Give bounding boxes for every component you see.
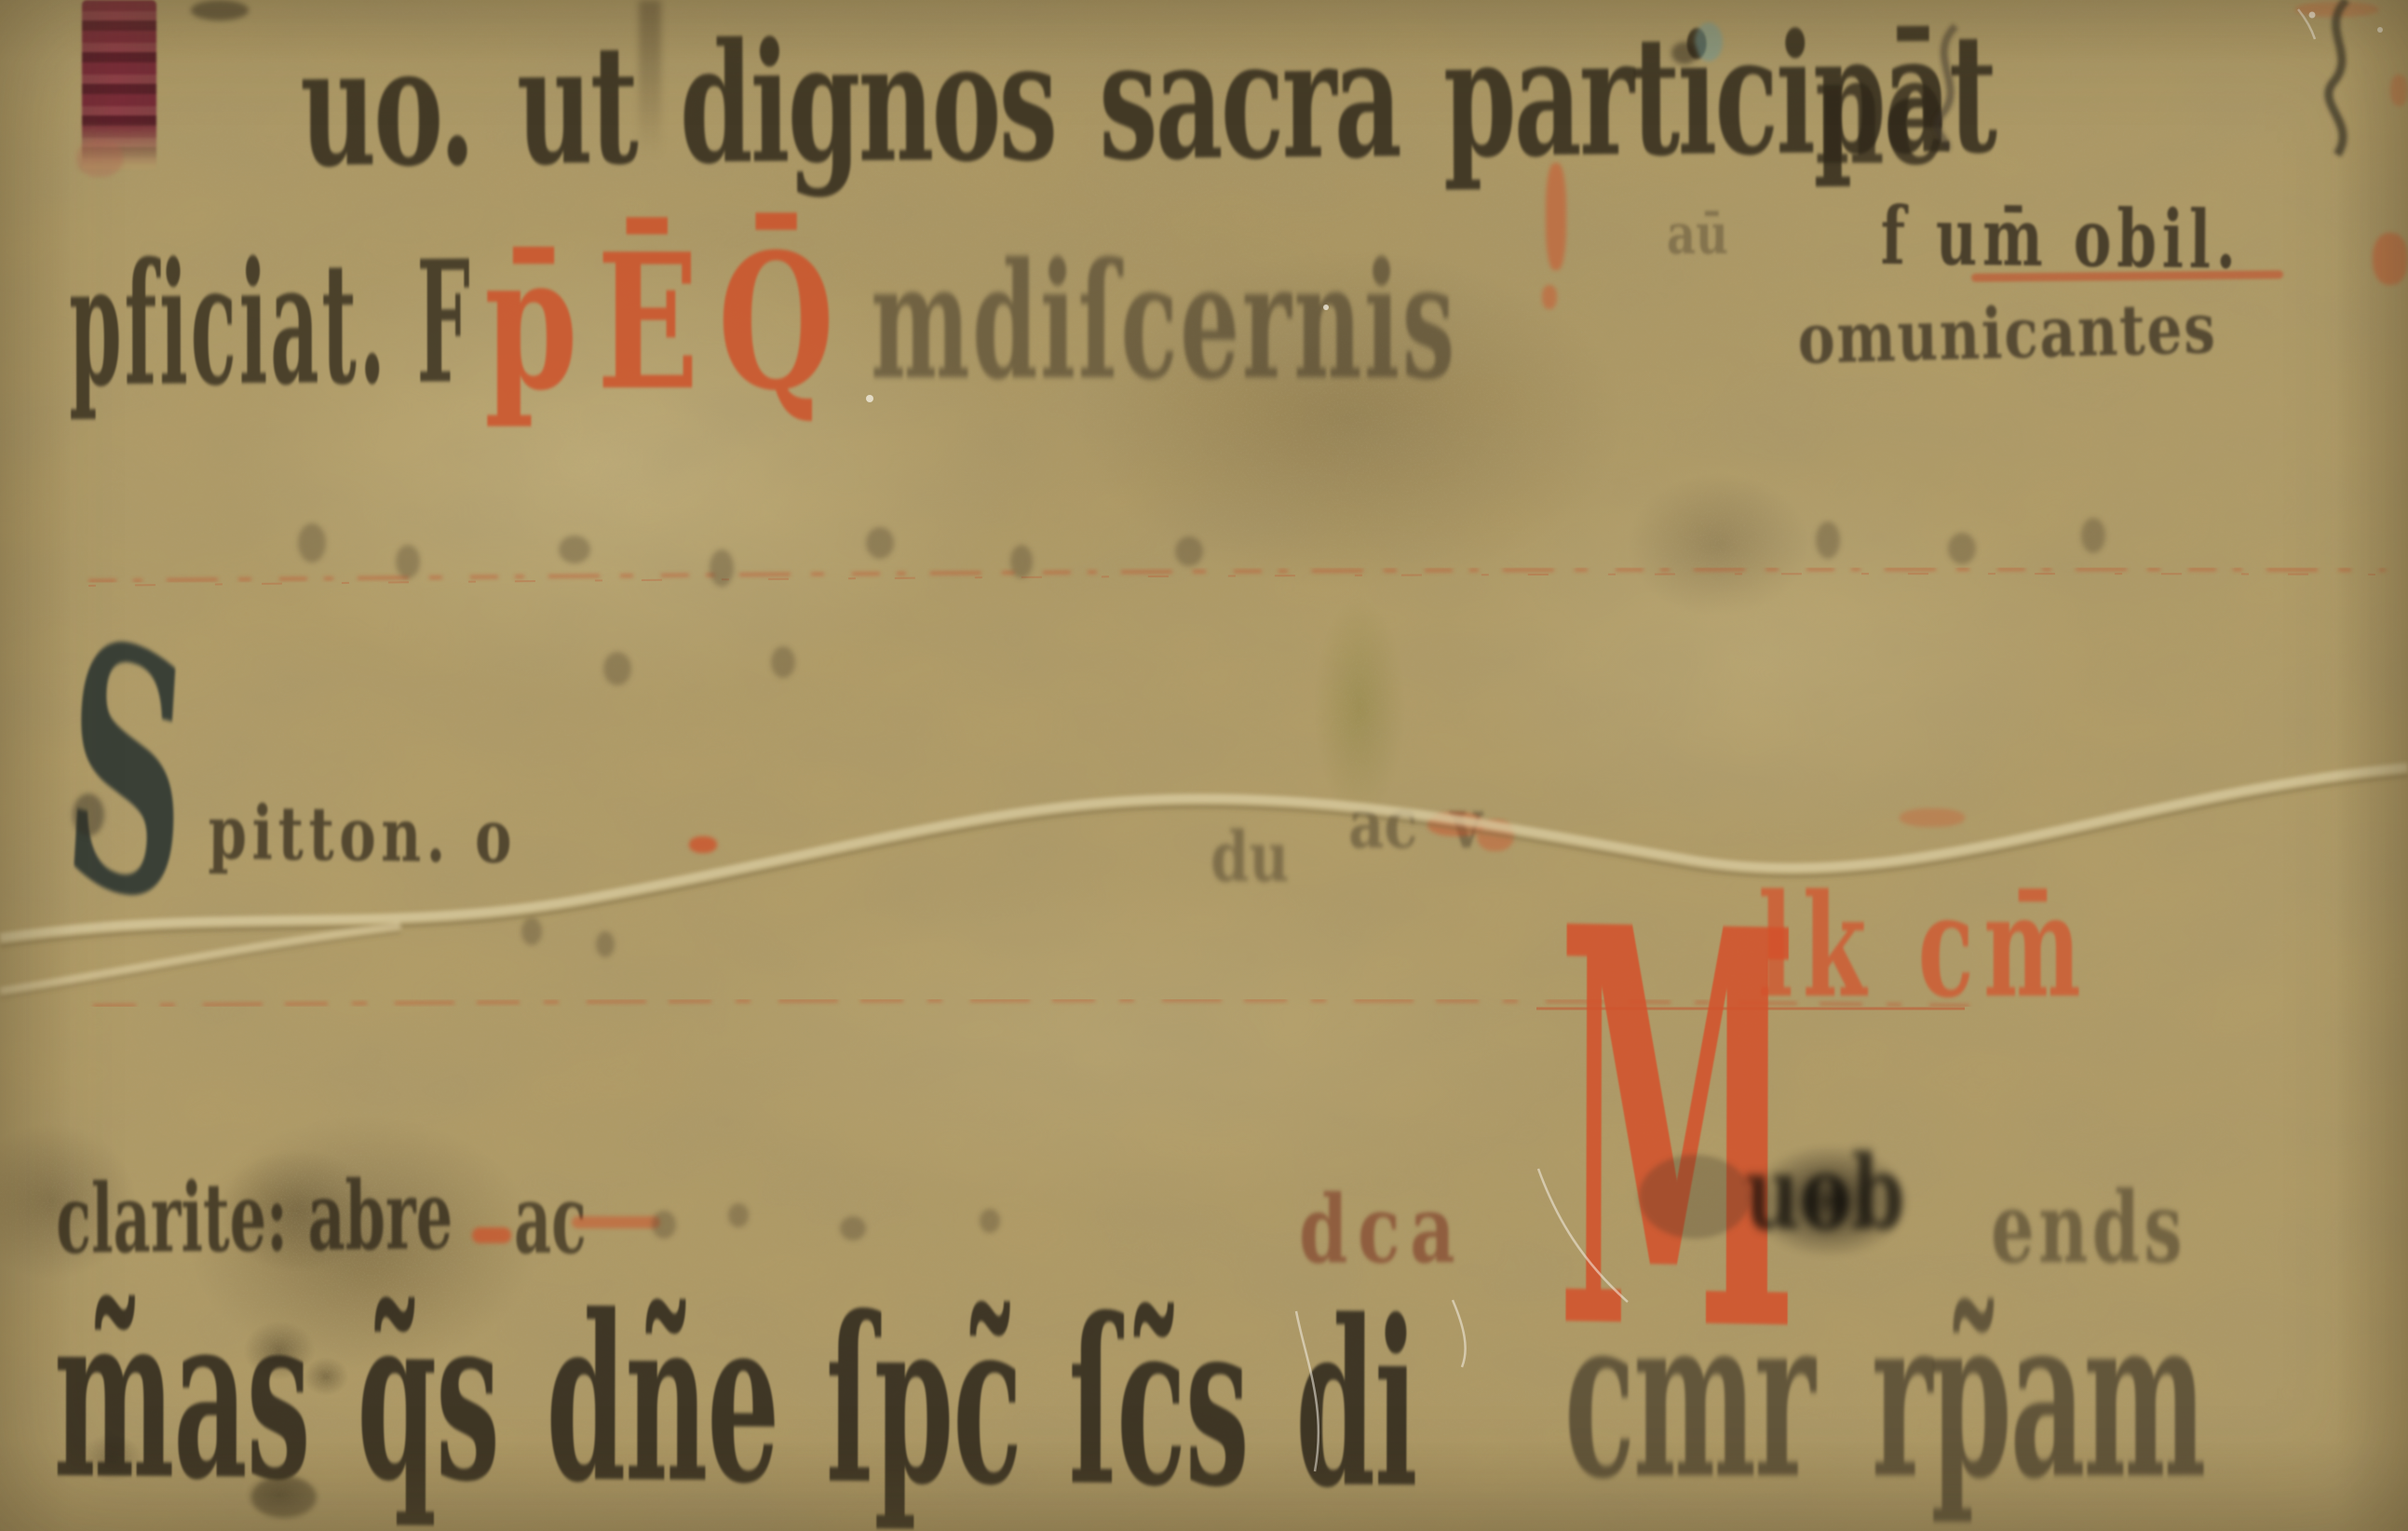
crease-branch-shadow <box>0 932 400 997</box>
pen-squiggle-mark-after-ne <box>1938 26 1955 149</box>
white-fleck <box>1323 305 1329 310</box>
surface-layer <box>0 0 2408 1531</box>
hair-fiber <box>1296 1311 1319 1471</box>
parchment-crease-highlight <box>0 767 2408 938</box>
white-fleck <box>2309 12 2316 19</box>
pen-squiggle-mark-right-margin <box>2329 0 2347 155</box>
hair-fiber <box>1538 1169 1628 1302</box>
crease-branch-highlight <box>0 926 400 991</box>
white-fleck <box>866 395 873 402</box>
white-fleck <box>2377 27 2383 33</box>
manuscript-page-photo: uo. ut dignos sacra participāt ne pficia… <box>0 0 2408 1531</box>
hair-fiber <box>1453 1300 1466 1367</box>
